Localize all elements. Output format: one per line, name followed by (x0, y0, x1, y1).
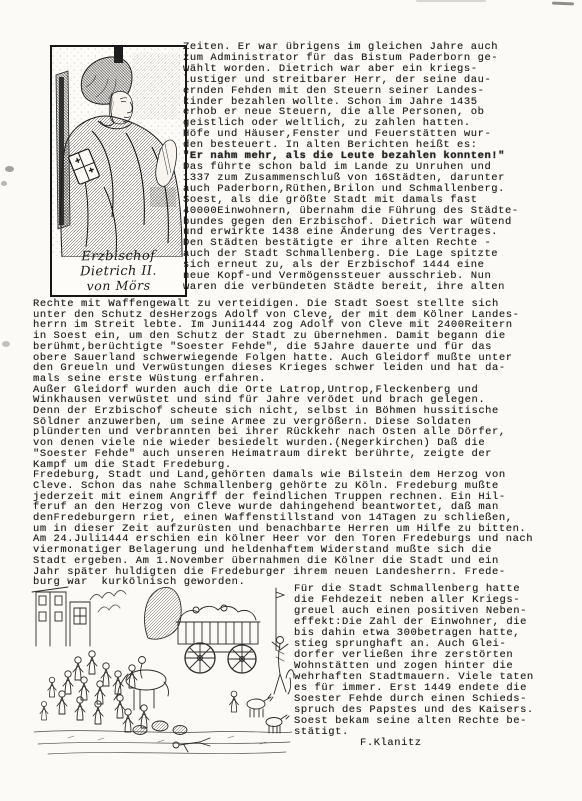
bishop-engraving-image (52, 47, 185, 257)
bishop-caption: Erzbischof Dietrich II. von Mörs (52, 248, 185, 293)
text-line: waren die verbündeten Städte bereit, ihr… (183, 282, 519, 293)
scan-smudge (552, 2, 574, 6)
text-line: lustiger und streitbarer Herr, der seine… (183, 75, 519, 86)
bishop-engraving-figure: Erzbischof Dietrich II. von Mörs (50, 45, 187, 297)
scanned-document-page: Erzbischof Dietrich II. von Mörs Zeiten.… (0, 0, 582, 801)
paragraph-block-bottom: Für die Stadt Schmallenberg hattedie Feh… (294, 584, 534, 738)
text-line: ernden Fehden mit den Steuern seiner Lan… (183, 86, 519, 97)
author-signature: F.Klanitz (360, 737, 422, 749)
text-line: Soest, als die größte Stadt mit damals f… (183, 195, 519, 206)
scan-smudge (416, 0, 486, 2)
bishop-caption-line1: Erzbischof Dietrich II. (52, 248, 185, 279)
paragraph-block-middle: Rechte mit Waffengewalt zu verteidigen. … (33, 299, 533, 588)
scan-smudge (5, 166, 14, 172)
scan-smudge (2, 341, 10, 347)
bishop-caption-line2: von Mörs (52, 277, 185, 293)
scan-smudge (1, 181, 7, 186)
paragraph-block-top: Zeiten. Er war übrigens im gleichen Jahr… (183, 42, 519, 293)
text-line: 40000Einwohnern, übernahm die Führung de… (183, 206, 519, 217)
text-line: "Soester Fehde" auch unseren Heimatraum … (33, 449, 533, 460)
text-line: Stadt ergeben. Am 1.November übernahmen … (33, 556, 533, 567)
war-scene-engraving-image (28, 582, 294, 760)
text-line: berühmt,berüchtigte "Soester Fehde", die… (33, 342, 533, 353)
